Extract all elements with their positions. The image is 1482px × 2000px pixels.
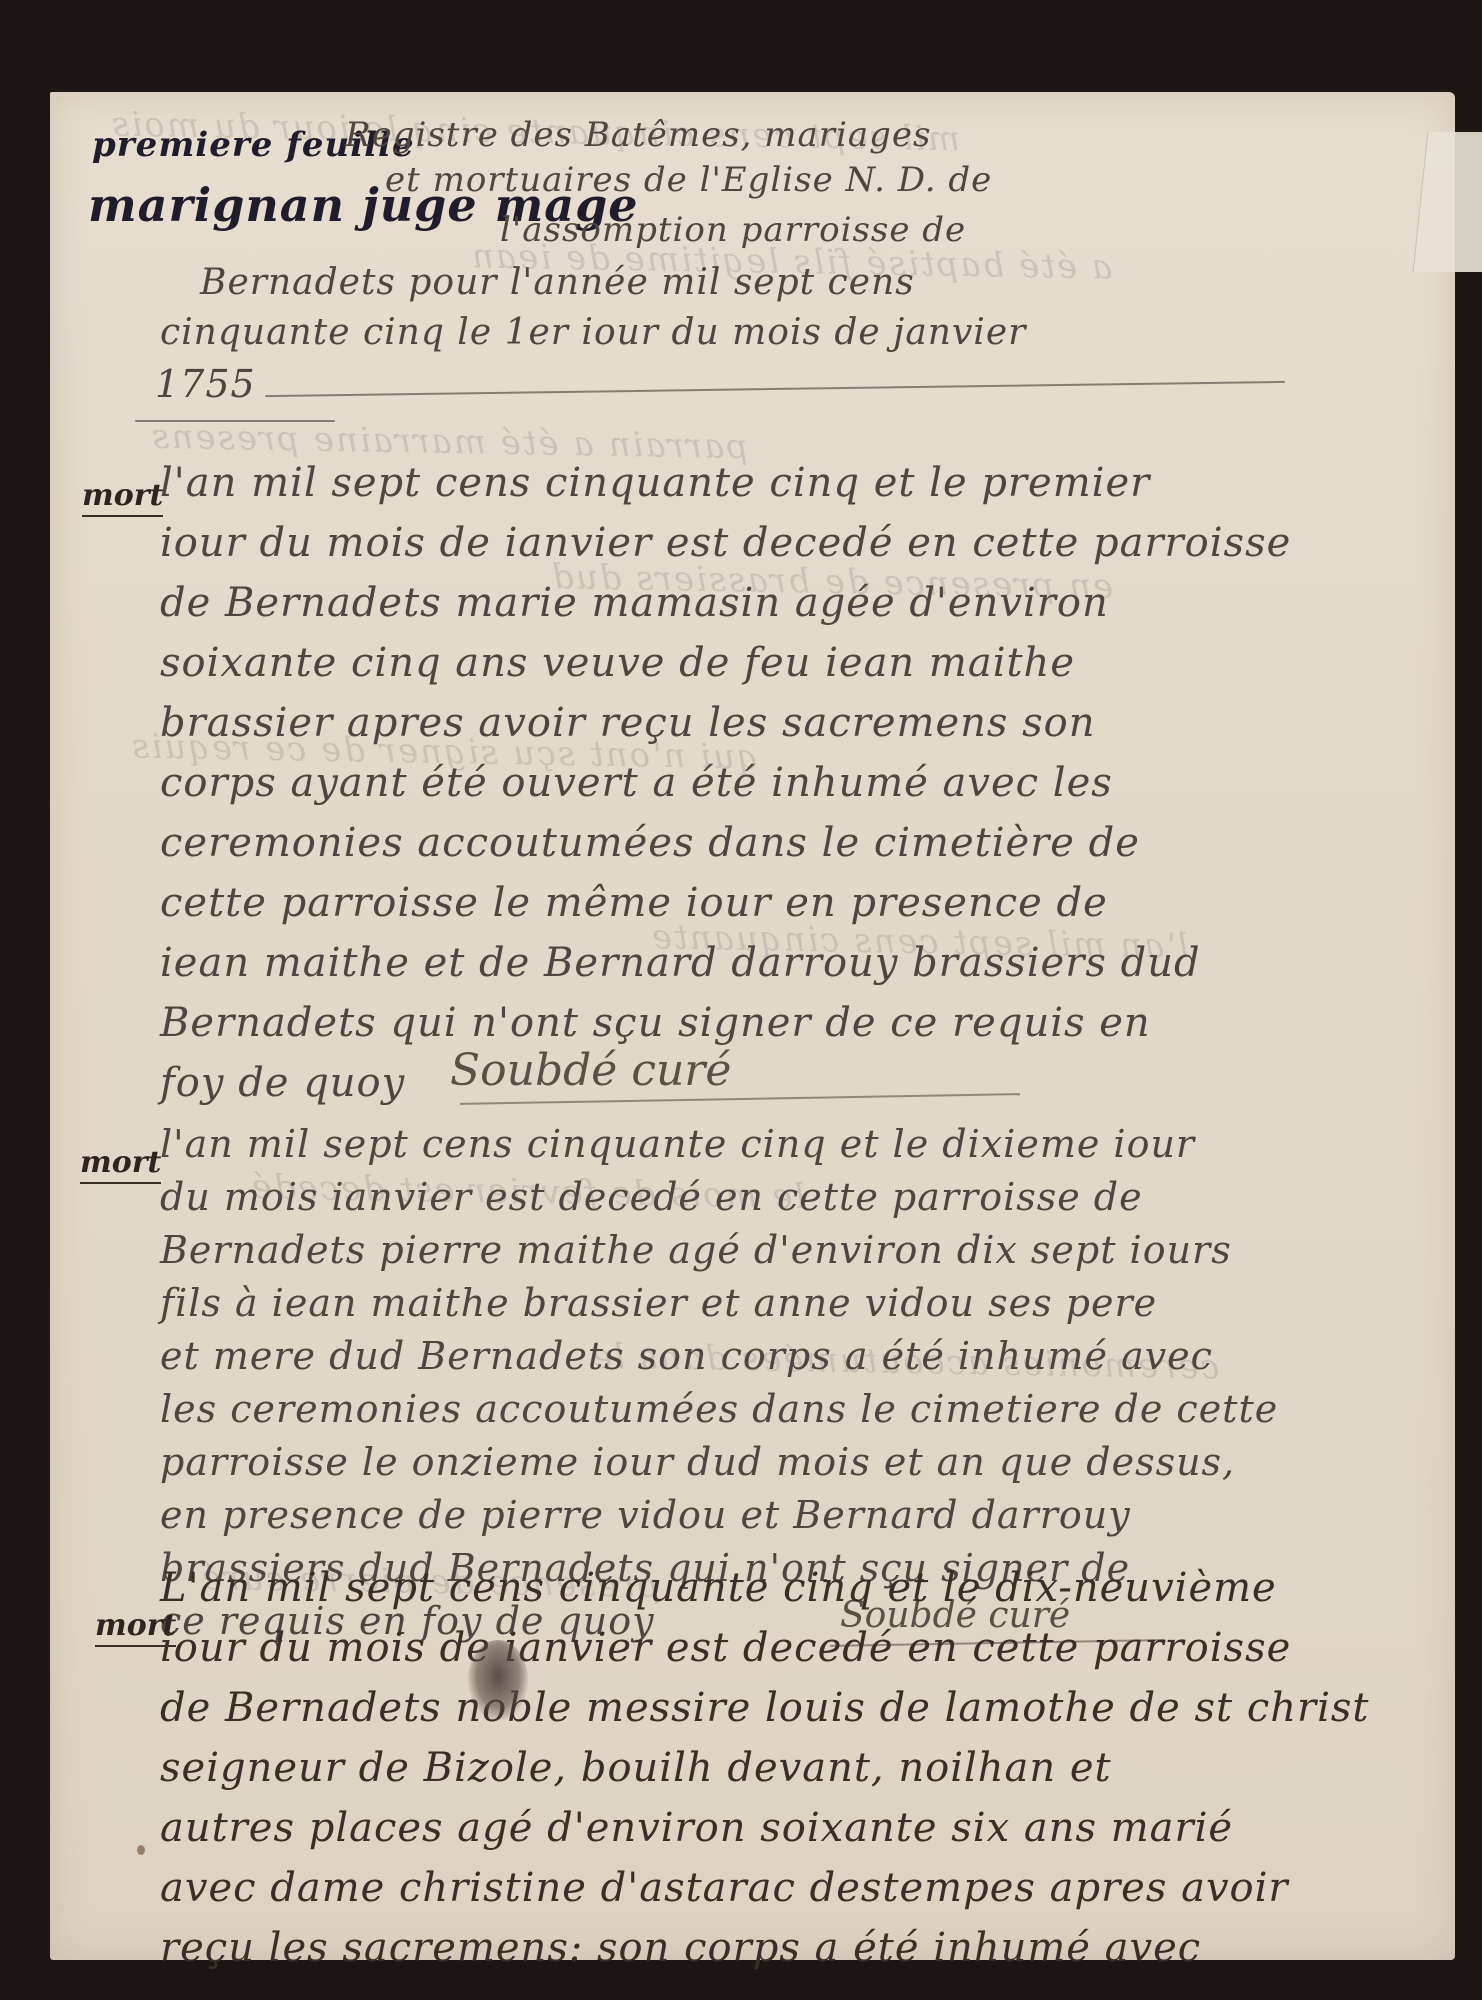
register-title-line-4: Bernadets pour l'année mil sept cens: [200, 262, 915, 303]
year-underline: [135, 420, 335, 422]
entry-2-line-4: fils à iean maithe brassier et anne vido…: [160, 1281, 1157, 1325]
entry-3-line-3: de Bernadets noble messire louis de lamo…: [160, 1685, 1370, 1731]
register-title-line-1: Registre des Batêmes, mariages: [345, 115, 932, 155]
entry-2-line-3: Bernadets pierre maithe agé d'environ di…: [160, 1228, 1232, 1272]
entry-1-line-1: l'an mil sept cens cinquante cinq et le …: [160, 460, 1150, 506]
entry-1-line-2: iour du mois de ianvier est decedé en ce…: [160, 520, 1291, 566]
margin-label-mort-1: mort: [82, 478, 163, 517]
entry-1-line-6: corps ayant été ouvert a été inhumé avec…: [160, 760, 1113, 806]
entry-1-line-5: brassier apres avoir reçu les sacremens …: [160, 700, 1096, 746]
entry-2-line-7: parroisse le onzieme iour dud mois et an…: [160, 1440, 1235, 1484]
register-year: 1755: [155, 362, 256, 406]
paper-stain: [137, 1845, 145, 1855]
register-title-line-5: cinquante cinq le 1er iour du mois de ja…: [160, 312, 1026, 353]
entry-3-line-5: autres places agé d'environ soixante six…: [160, 1805, 1233, 1851]
entry-2-line-1: l'an mil sept cens cinquante cinq et le …: [160, 1122, 1195, 1166]
entry-1-line-11: foy de quoy: [160, 1060, 405, 1106]
margin-label-mort-2: mort: [80, 1145, 161, 1184]
register-title-line-2: et mortuaires de l'Eglise N. D. de: [385, 160, 992, 200]
entry-2-line-2: du mois ianvier est decedé en cette parr…: [160, 1175, 1143, 1219]
ink-blot: [468, 1640, 528, 1720]
entry-1-line-9: iean maithe et de Bernard darrouy brassi…: [160, 940, 1201, 986]
entry-2-line-6: les ceremonies accoutumées dans le cimet…: [160, 1387, 1278, 1431]
register-title-line-3: l'assomption parroisse de: [500, 210, 966, 250]
entry-2-line-8: en presence de pierre vidou et Bernard d…: [160, 1493, 1131, 1537]
entry-1-line-3: de Bernadets marie mamasin agée d'enviro…: [160, 580, 1109, 626]
entry-1-signature: Soubdé curé: [450, 1045, 731, 1096]
entry-1-line-10: Bernadets qui n'ont sçu signer de ce req…: [160, 1000, 1151, 1046]
entry-2-line-5: et mere dud Bernadets son corps a été in…: [160, 1334, 1213, 1378]
entry-3-line-2: iour du mois de ianvier est decedé en ce…: [160, 1625, 1291, 1671]
entry-3-line-1: L'an mil sept cens cinquante cinq et le …: [160, 1565, 1277, 1611]
entry-3-line-7: reçu les sacremens: son corps a été inhu…: [160, 1925, 1201, 1971]
entry-1-line-4: soixante cinq ans veuve de feu iean mait…: [160, 640, 1075, 686]
entry-1-line-8: cette parroisse le même iour en presence…: [160, 880, 1108, 926]
entry-3-line-6: avec dame christine d'astarac destempes …: [160, 1865, 1289, 1911]
entry-3-line-4: seigneur de Bizole, bouilh devant, noilh…: [160, 1745, 1112, 1791]
entry-1-line-7: ceremonies accoutumées dans le cimetière…: [160, 820, 1140, 866]
